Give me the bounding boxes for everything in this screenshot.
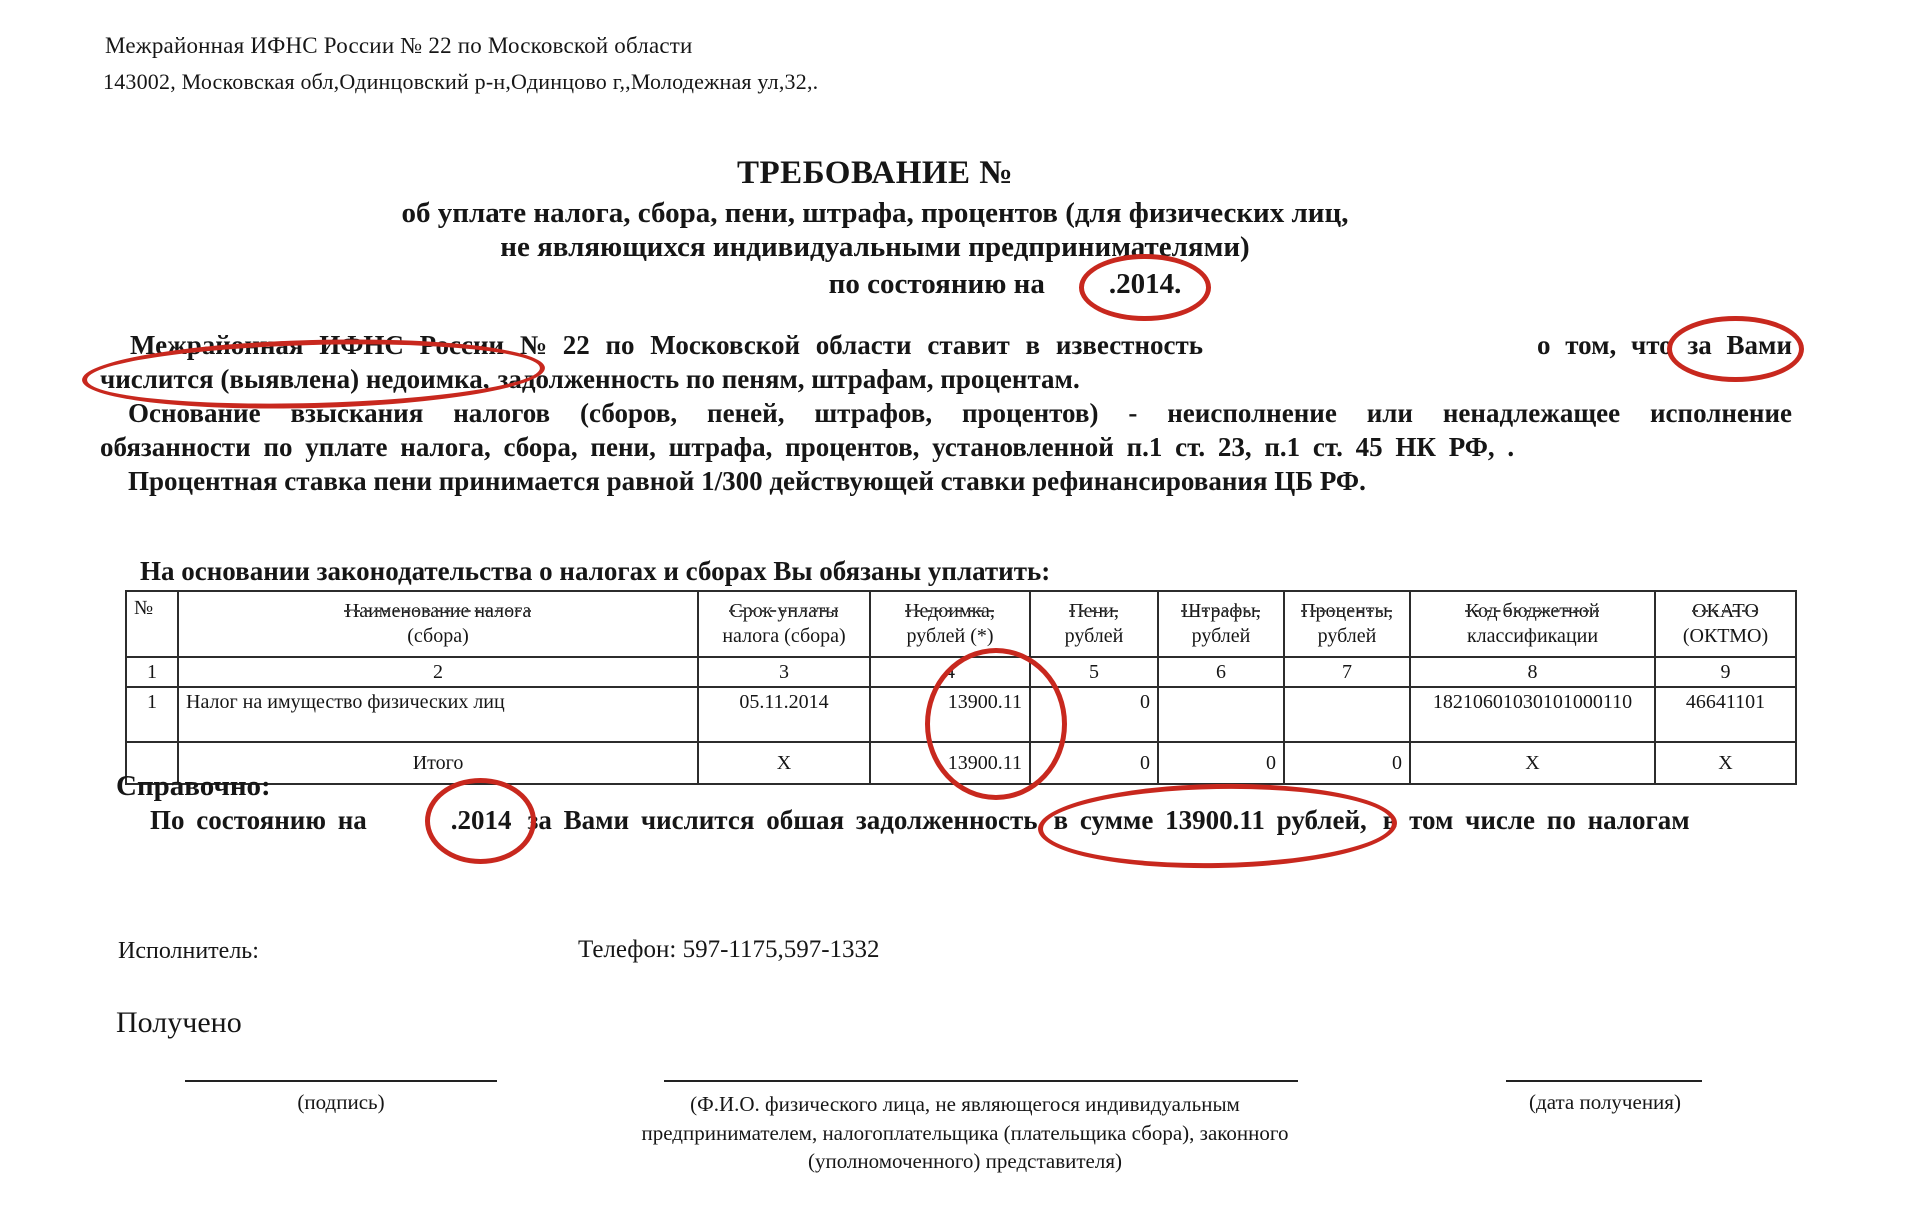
as-of-date-value: .2014.	[1109, 268, 1182, 300]
as-of-date-line: по состоянию на.2014.	[0, 268, 1880, 301]
row-due-date: 05.11.2014	[698, 687, 870, 742]
reference-sum-circled: в сумме 13900.11 рублей,	[1054, 804, 1367, 836]
receipt-date-caption: (дата получения)	[1460, 1090, 1750, 1115]
nedoimka-text: числится (выявлена) недоимка,	[100, 364, 490, 394]
o-tom-chto-text: о том, что	[1537, 330, 1673, 360]
col-number: №	[126, 591, 178, 657]
paragraph-line-5: Процентная ставка пени принимается равно…	[100, 464, 1792, 498]
column-number-row: 1 2 3 4 5 6 7 8 9	[126, 657, 1796, 687]
row-kbk: 18210601030101000110	[1410, 687, 1655, 742]
colnum-9: 9	[1655, 657, 1796, 687]
executor-label: Исполнитель:	[118, 938, 259, 965]
fio-caption: (Ф.И.О. физического лица, не являющегося…	[525, 1090, 1405, 1176]
za-vami-text: за Вами	[1687, 330, 1792, 360]
reference-middle: за Вами числится обшая задолженность	[528, 805, 1038, 835]
reference-date: .2014	[451, 805, 512, 835]
paragraph-line-3: Основание взыскания налогов (сборов, пен…	[100, 396, 1792, 430]
colnum-4: 4	[870, 657, 1030, 687]
paragraph-line-4: обязанности по уплате налога, сбора, пен…	[100, 430, 1792, 464]
total-okato: X	[1655, 742, 1796, 784]
fio-caption-line2: предпринимателем, налогоплательщика (пла…	[525, 1119, 1405, 1148]
notice-text-right: о том, что за Вами	[1537, 328, 1792, 362]
fio-line	[664, 1080, 1298, 1082]
row-shtrafy	[1158, 687, 1284, 742]
reference-line: По состоянию на.2014за Вами числится обш…	[150, 804, 1810, 836]
as-of-date-value-circled: .2014.	[1109, 268, 1182, 301]
col-tax-name: Наименование налога(сбора)	[178, 591, 698, 657]
table-intro-text: На основании законодательства о налогах …	[140, 556, 1050, 587]
receipt-date-line	[1506, 1080, 1702, 1082]
notice-paragraph: Межрайонная ИФНС России № 22 по Московск…	[100, 328, 1792, 498]
total-kbk: X	[1410, 742, 1655, 784]
document-subtitle-line2: не являющихся индивидуальными предприним…	[0, 231, 1750, 264]
fio-caption-line3: (уполномоченного) представителя)	[525, 1147, 1405, 1176]
total-procenty: 0	[1284, 742, 1410, 784]
issuer-name: Межрайонная ИФНС России № 22 по Московск…	[105, 33, 693, 59]
paragraph-line-1: Межрайонная ИФНС России № 22 по Московск…	[100, 328, 1792, 362]
table-total-row: Итого X 13900.11 0 0 0 X X	[126, 742, 1796, 784]
document-subtitle-line1: об уплате налога, сбора, пени, штрафа, п…	[0, 197, 1750, 230]
phone-text: Телефон: 597-1175,597-1332	[578, 936, 880, 964]
reference-suffix: в том числе по налогам	[1383, 805, 1690, 835]
col-due-date: Срок уплатыналога (сбора)	[698, 591, 870, 657]
tax-table: № Наименование налога(сбора) Срок уплаты…	[125, 590, 1797, 785]
col-okato: ОКАТО(ОКТМО)	[1655, 591, 1796, 657]
colnum-1: 1	[126, 657, 178, 687]
row-okato: 46641101	[1655, 687, 1796, 742]
row-tax-name: Налог на имущество физических лиц	[178, 687, 698, 742]
total-peni: 0	[1030, 742, 1158, 784]
paragraph-line-2: числится (выявлена) недоимка,задолженнос…	[100, 362, 1792, 396]
table-header-row: № Наименование налога(сбора) Срок уплаты…	[126, 591, 1796, 657]
col-arrears: Недоимка,рублей (*)	[870, 591, 1030, 657]
total-arrears: 13900.11	[870, 742, 1030, 784]
fio-caption-line1: (Ф.И.О. физического лица, не являющегося…	[525, 1090, 1405, 1119]
colnum-7: 7	[1284, 657, 1410, 687]
total-shtrafy: 0	[1158, 742, 1284, 784]
issuer-address: 143002, Московская обл,Одинцовский р-н,О…	[103, 69, 818, 95]
row-arrears: 13900.11	[870, 687, 1030, 742]
document-title: ТРЕБОВАНИЕ №	[0, 155, 1750, 192]
as-of-date-prefix: по состоянию на	[829, 268, 1045, 300]
row-procenty	[1284, 687, 1410, 742]
row-num: 1	[126, 687, 178, 742]
colnum-3: 3	[698, 657, 870, 687]
reference-sum: в сумме 13900.11 рублей,	[1054, 805, 1367, 835]
colnum-8: 8	[1410, 657, 1655, 687]
colnum-5: 5	[1030, 657, 1158, 687]
scanned-tax-demand-document: Межрайонная ИФНС России № 22 по Московск…	[0, 0, 1920, 1208]
col-procenty: Проценты,рублей	[1284, 591, 1410, 657]
col-kbk: Код бюджетнойклассификации	[1410, 591, 1655, 657]
za-vami-circled: за Вами	[1687, 328, 1792, 362]
row-peni: 0	[1030, 687, 1158, 742]
signature-caption: (подпись)	[185, 1090, 497, 1115]
col-peni: Пени,рублей	[1030, 591, 1158, 657]
signature-line	[185, 1080, 497, 1082]
notice-text: Межрайонная ИФНС России № 22 по Московск…	[100, 328, 1203, 362]
received-label: Получено	[116, 1006, 242, 1040]
nedoimka-circled: числится (выявлена) недоимка,	[100, 362, 490, 396]
reference-prefix: По состоянию на	[150, 805, 367, 835]
table-row: 1 Налог на имущество физических лиц 05.1…	[126, 687, 1796, 742]
col-shtrafy: Штрафы,рублей	[1158, 591, 1284, 657]
reference-date-circled: .2014	[451, 804, 512, 836]
reference-label: Справочно:	[116, 770, 271, 803]
total-due-date: X	[698, 742, 870, 784]
colnum-6: 6	[1158, 657, 1284, 687]
debt-text: задолженность по пеням, штрафам, процент…	[498, 364, 1080, 394]
colnum-2: 2	[178, 657, 698, 687]
tax-table-container: № Наименование налога(сбора) Срок уплаты…	[125, 590, 1797, 785]
